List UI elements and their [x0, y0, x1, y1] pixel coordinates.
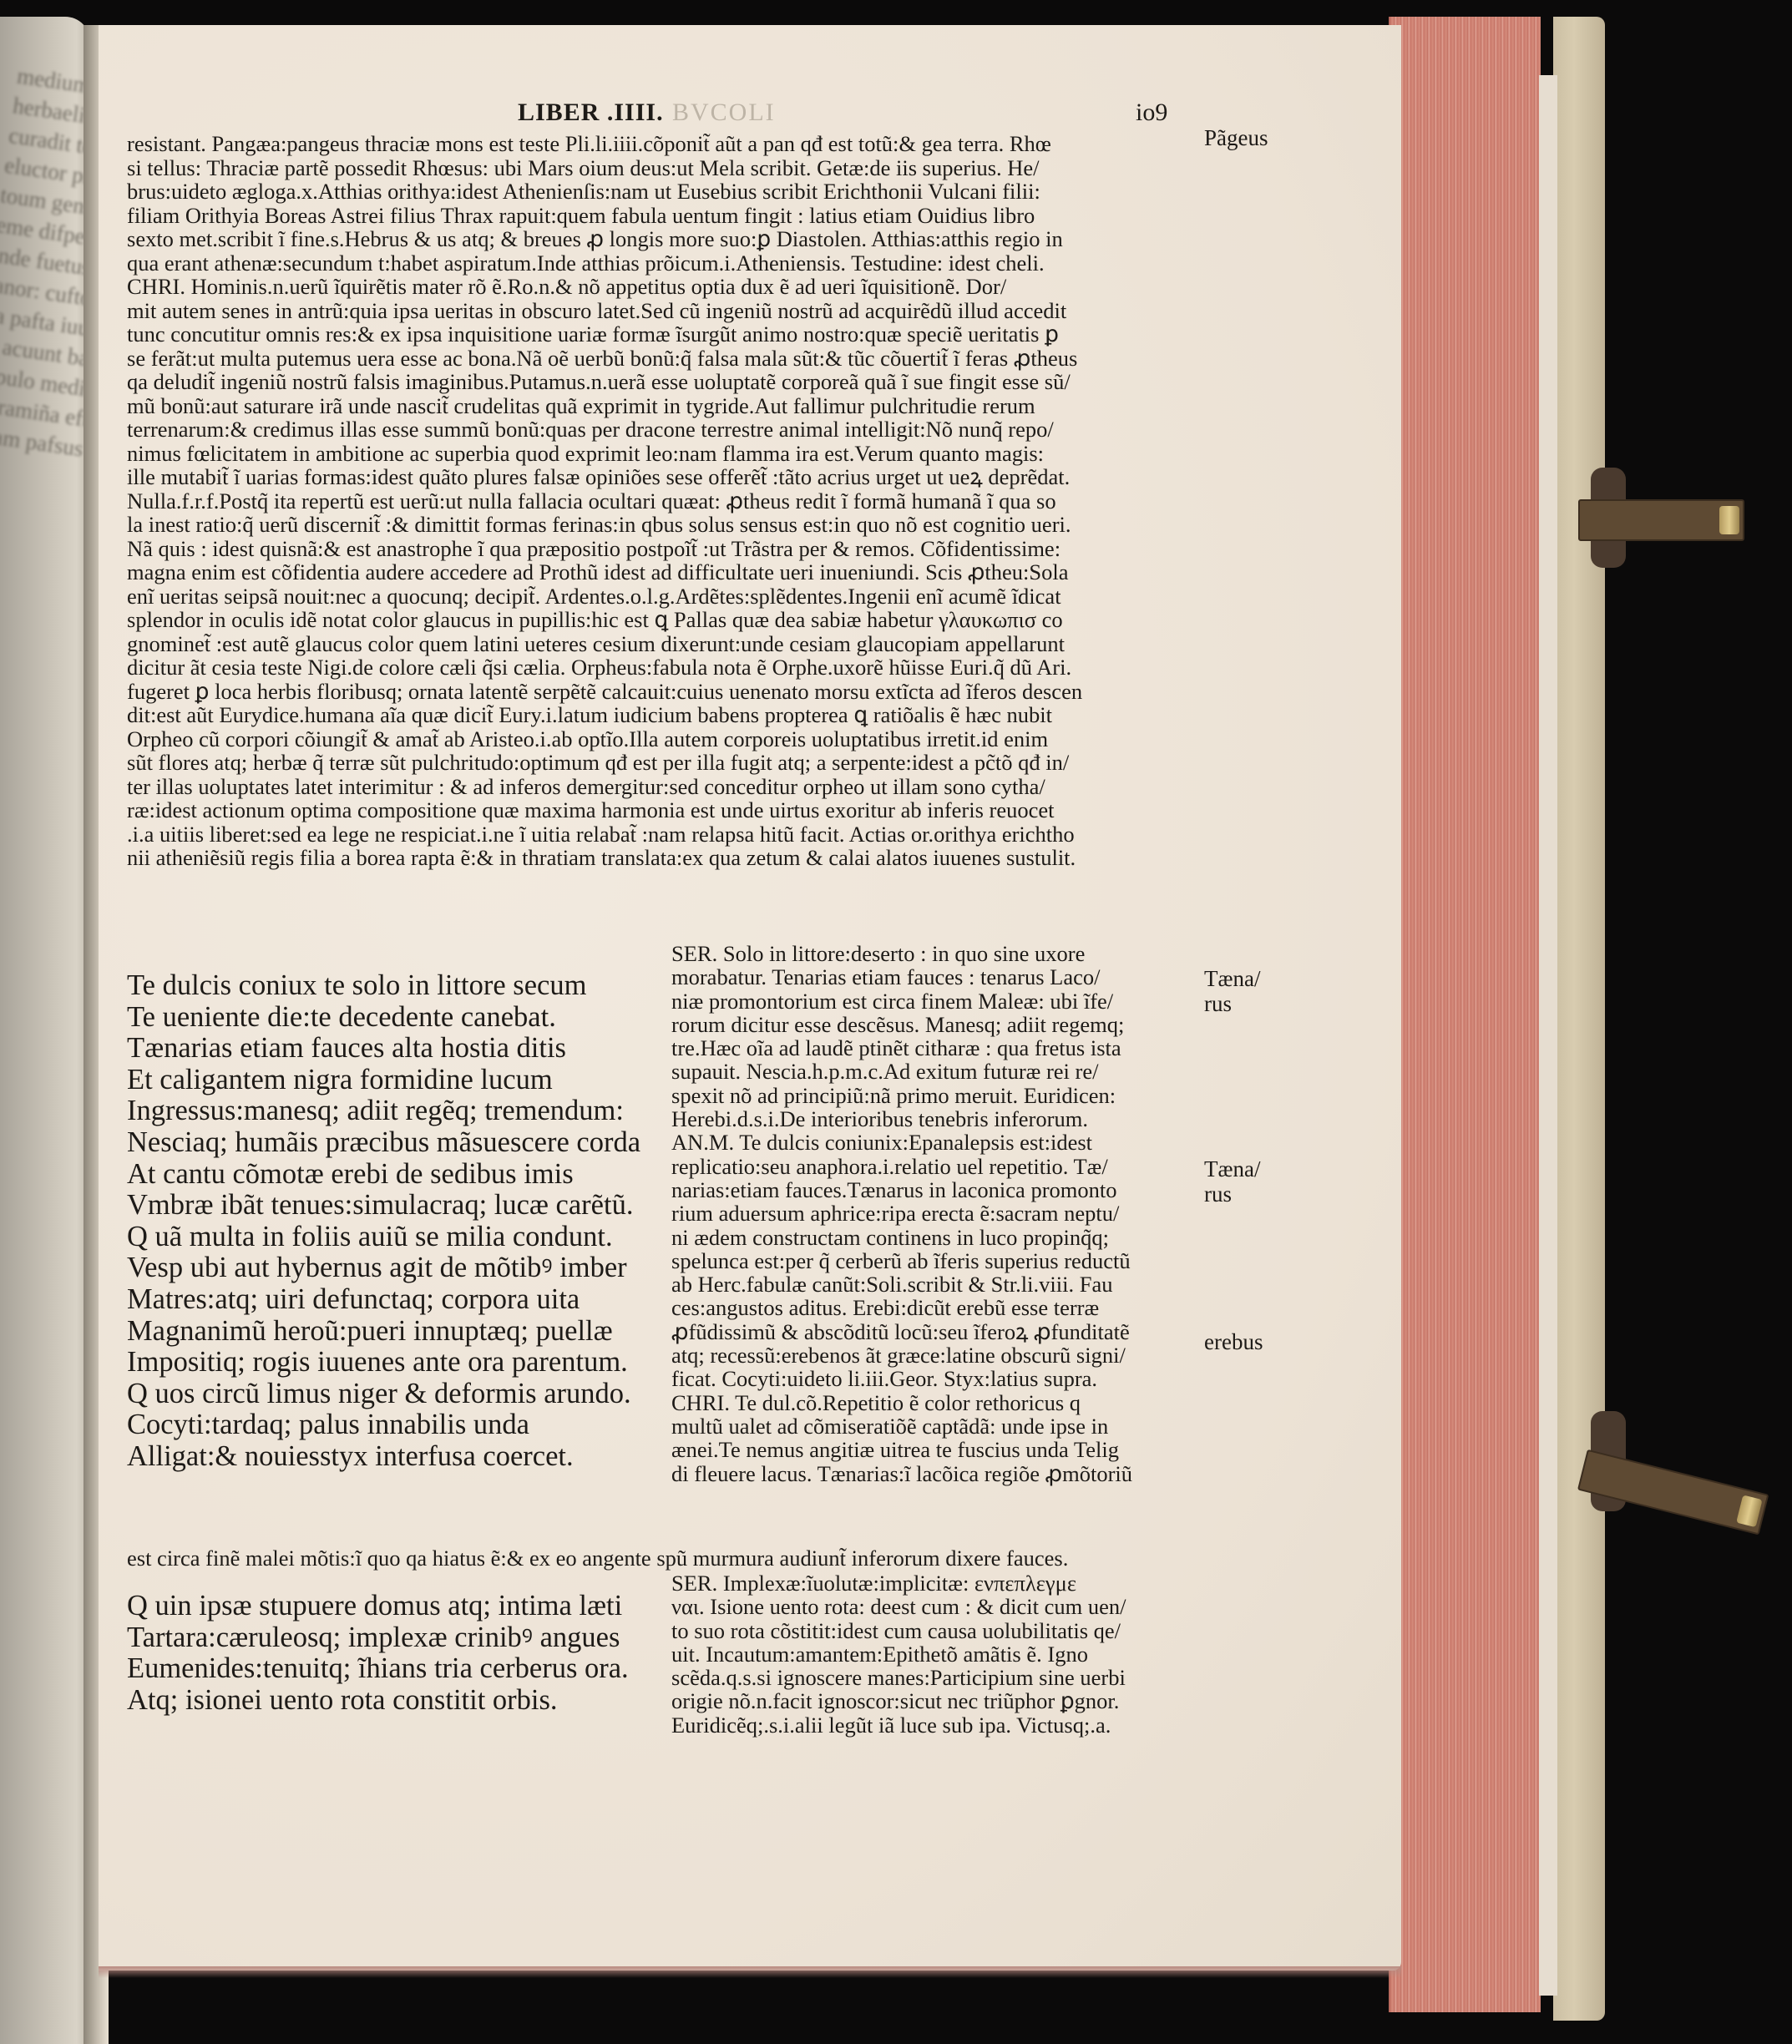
- verse-line: Q uos circũ limus niger & deformis arund…: [127, 1379, 640, 1410]
- commentary-line: .i.a uitiis liberet:sed ea lege ne respi…: [127, 822, 1212, 847]
- commentary-line: ꝓfũdissimũ & abscõditũ locũ:seu ĩferoꝝ ꝓ…: [671, 1320, 1132, 1343]
- page-bottom-edge: [99, 1966, 1401, 1978]
- commentary-line: se ferãt:ut multa putemus uera esse ac b…: [127, 347, 1212, 371]
- commentary-line: AN.M. Te dulcis coniunix:Epanalepsis est…: [671, 1131, 1132, 1154]
- verse-line: Ingressus:manesq; adiit regẽq; tremendum…: [127, 1095, 640, 1127]
- verse-line: Matres:atq; uiri defunctaq; corpora uita: [127, 1284, 640, 1316]
- commentary-line: brus:uideto æglogа.x.Atthias orithya:ide…: [127, 180, 1212, 204]
- verse-line: Q uin ipsæ stupuere domus atq; intima læ…: [127, 1591, 629, 1622]
- commentary-line: scẽda.q.s.si ignoscere manes:Participium…: [671, 1666, 1126, 1689]
- vellum-binding: [1553, 17, 1605, 2021]
- verse-line: At cantu cõmotæ erebi de sedibus imis: [127, 1159, 640, 1191]
- commentary-line: filiam Orithyia Boreas Astrei filius Thr…: [127, 204, 1212, 228]
- commentary-block-top: resistant. Pangæa:pangeus thraciæ mons e…: [127, 132, 1212, 870]
- verse-line: Q uã multa in foliis auiũ se milia condu…: [127, 1222, 640, 1253]
- commentary-line: nimus fœlicitatem in ambitione ac superb…: [127, 442, 1212, 466]
- folio-number: io9: [1136, 99, 1167, 127]
- commentary-line: splendor in oculis idẽ notat color glauc…: [127, 608, 1212, 632]
- verse-line: Nesciaq; humãis præcibus mãsuescere cord…: [127, 1127, 640, 1159]
- commentary-line: nii atheniẽsiũ regis filia a borea rapta…: [127, 846, 1212, 870]
- commentary-line: qa deludit̃ ingeniũ nostrũ falsis imagin…: [127, 370, 1212, 394]
- commentary-line: spelunca est:per q̃ cerberũ ab ĩferis su…: [671, 1249, 1132, 1272]
- verse-line: Vmbræ ibãt tenues:simulacraq; lucæ carẽt…: [127, 1190, 640, 1222]
- verse-line: Tartara:cæruleosq; implexæ crinibꝰ angue…: [127, 1622, 629, 1654]
- margin-note-pangeus: Pãgeus: [1204, 125, 1268, 150]
- commentary-line: ænei.Te nemus angitiæ uitrea te fuscius …: [671, 1438, 1132, 1461]
- commentary-line: replicatio:seu anaphora.i.relatio uel re…: [671, 1155, 1132, 1178]
- commentary-line: Herebi.d.s.i.De interioribus tenebris in…: [671, 1107, 1132, 1131]
- commentary-column-1: SER. Solo in littore:deserto : in quo si…: [671, 942, 1132, 1485]
- commentary-line: tunc concutitur omnis res:& ex ipsa inqu…: [127, 322, 1212, 347]
- commentary-line: gnominet̃ :est autẽ glaucus color quem l…: [127, 632, 1212, 656]
- commentary-line: enĩ ueritas seipsã nouit:nec a quocunq; …: [127, 584, 1212, 609]
- commentary-line: ter illas uoluptates latet interimitur :…: [127, 775, 1212, 799]
- commentary-line: ναι. Isione uento rota: deest cum : & di…: [671, 1595, 1126, 1618]
- commentary-line: CHRI. Hominis.n.uerũ ĩquirẽtis mater rõ …: [127, 275, 1212, 299]
- clasp-bottom: [1577, 1450, 1769, 1536]
- margin-note-erebus: erebus: [1204, 1329, 1263, 1354]
- page-edge: [1539, 75, 1557, 1996]
- red-fore-edge: [1389, 17, 1541, 2012]
- commentary-line: morabatur. Tenarias etiam fauces : tenar…: [671, 965, 1132, 989]
- verse-line: Atq; isionei uento rota constitit orbis.: [127, 1685, 629, 1717]
- commentary-line: ræ:idest actionum optima compositione qu…: [127, 798, 1212, 822]
- commentary-line: niæ promontorium est circa finem Maleæ: …: [671, 989, 1132, 1013]
- commentary-line: qua erant athenæ:secundum t:habet aspira…: [127, 251, 1212, 276]
- commentary-line: mit autem senes in antrũ:quia ipsa uerit…: [127, 299, 1212, 323]
- commentary-line: origie nõ.n.facit ignoscor:sicut nec tri…: [671, 1689, 1126, 1713]
- left-page-bleed-text: medium fol ignea obesaherbaeli caua fluu…: [0, 61, 90, 464]
- commentary-line: SER. Solo in littore:deserto : in quo si…: [671, 942, 1132, 965]
- left-facing-page: medium fol ignea obesaherbaeli caua fluu…: [0, 17, 90, 2044]
- margin-note-taenarus-1: Tæna/ rus: [1204, 966, 1288, 1016]
- verse-block-1: Te dulcis coniux te solo in littore secu…: [127, 970, 640, 1473]
- commentary-line: narias:etiam fauces.Tænarus in laconica …: [671, 1178, 1132, 1202]
- clasp-top: [1578, 499, 1744, 541]
- commentary-line: ces:angustos aditus. Erebi:dicũt erebũ e…: [671, 1296, 1132, 1319]
- verse-line: Magnanimũ heroũ:pueri innuptæq; puellæ: [127, 1316, 640, 1348]
- commentary-line: Nã quis : idest quisnã:& est anastrophe …: [127, 537, 1212, 561]
- commentary-line: ille mutabit̃ ĩ uarias formas:idest quãt…: [127, 465, 1212, 489]
- commentary-line: Orpheo cũ corpori cõiungit̃ & amat̃ ab A…: [127, 727, 1212, 751]
- commentary-line: CHRI. Te dul.cõ.Repetitio ẽ color rethor…: [671, 1391, 1132, 1414]
- commentary-full-width-line: est circa finẽ malei mõtis:ĩ quo qa hiat…: [127, 1546, 1068, 1571]
- commentary-line: di fleuere lacus. Tænarias:ĩ lacõica reg…: [671, 1462, 1132, 1485]
- commentary-line: fugeret ꝑ loca herbis floribusq; ornata …: [127, 680, 1212, 704]
- verse-line: Et caligantem nigra formidine lucum: [127, 1065, 640, 1096]
- clasp-brass-tip: [1719, 506, 1739, 534]
- verse-line: Te dulcis coniux te solo in littore secu…: [127, 970, 640, 1002]
- commentary-line: rium aduersum aphrice:ripa erecta ẽ:sacr…: [671, 1202, 1132, 1225]
- commentary-line: SER. Implexæ:ĩuolutæ:implicitæ: ενπεπλεγ…: [671, 1571, 1126, 1595]
- commentary-line: la inest ratio:q̃ uerũ discernit̃ :& dim…: [127, 513, 1212, 537]
- verse-block-2: Q uin ipsæ stupuere domus atq; intima læ…: [127, 1591, 629, 1716]
- commentary-line: terrenarum:& credimus illas esse summũ b…: [127, 417, 1212, 442]
- commentary-line: tre.Hæc oĩa ad laudẽ ptinẽt citharæ : qu…: [671, 1036, 1132, 1060]
- commentary-line: uit. Incautum:amantem:Epithetõ amãtis ẽ.…: [671, 1642, 1126, 1666]
- commentary-line: ab Herc.fabulæ canũt:Soli.scribit & Str.…: [671, 1272, 1132, 1296]
- commentary-line: magna enim est cõfidentia audere acceder…: [127, 560, 1212, 584]
- commentary-line: ni ædem constructam continens in luco pr…: [671, 1226, 1132, 1249]
- commentary-line: atq; recessũ:erebenos ãt græce:latine ob…: [671, 1343, 1132, 1367]
- commentary-line: to suo rota cõstitit:idest cum causa uol…: [671, 1619, 1126, 1642]
- commentary-line: dicitur ãt cesia teste Nigi.de colore cæ…: [127, 655, 1212, 680]
- commentary-line: sũt flores atq; herbæ q̃ terræ sũt pulch…: [127, 751, 1212, 775]
- verse-line: Te ueniente die:te decedente canebat.: [127, 1002, 640, 1034]
- verse-line: Alligat:& nouiesstyx interfusa coercet.: [127, 1441, 640, 1473]
- verse-line: Impositiq; rogis iuuenes ante ora parent…: [127, 1347, 640, 1379]
- clasp-brass-tip: [1736, 1495, 1763, 1527]
- verse-line: Cocyti:tardaq; palus innabilis unda: [127, 1409, 640, 1441]
- verse-line: Vesp ubi aut hybernus agit de mõtibꝰ imb…: [127, 1252, 640, 1284]
- commentary-column-2: SER. Implexæ:ĩuolutæ:implicitæ: ενπεπλεγ…: [671, 1571, 1126, 1737]
- commentary-line: Euridicẽq;.s.i.alii legũt iã luce sub ip…: [671, 1713, 1126, 1737]
- commentary-line: dit:est aũt Eurydice.humana aĩa quæ dici…: [127, 703, 1212, 727]
- margin-note-taenarus-2: Tæna/ rus: [1204, 1156, 1288, 1207]
- commentary-line: rorum dicitur esse descẽsus. Manesq; adi…: [671, 1013, 1132, 1036]
- show-through-header: BVCOLI: [672, 99, 776, 127]
- commentary-line: mũ bonũ:aut saturare irã unde nascit̃ cr…: [127, 394, 1212, 418]
- commentary-line: supauit. Nescia.h.p.m.c.Ad exitum futuræ…: [671, 1060, 1132, 1083]
- commentary-line: sexto met.scribit ĩ fine.s.Hebrus & us a…: [127, 227, 1212, 251]
- verse-line: Eumenides:tenuitq; ĩhians tria cerberus …: [127, 1653, 629, 1685]
- commentary-line: resistant. Pangæa:pangeus thraciæ mons e…: [127, 132, 1212, 156]
- verse-line: Tænarias etiam fauces alta hostia ditis: [127, 1033, 640, 1065]
- commentary-line: Nulla.f.r.f.Postq̃ ita repertũ est uerũ:…: [127, 489, 1212, 514]
- commentary-line: multũ ualet ad cõmiseratiõẽ captãdã: und…: [671, 1414, 1132, 1438]
- running-header: LIBER .IIII.: [518, 99, 664, 127]
- commentary-line: ficat. Cocyti:uideto li.iii.Geor. Styx:l…: [671, 1367, 1132, 1390]
- commentary-line: si tellus: Thraciæ partẽ possedit Rhœsus…: [127, 156, 1212, 180]
- commentary-line: spexit nõ ad principiũ:nã primo meruit. …: [671, 1084, 1132, 1107]
